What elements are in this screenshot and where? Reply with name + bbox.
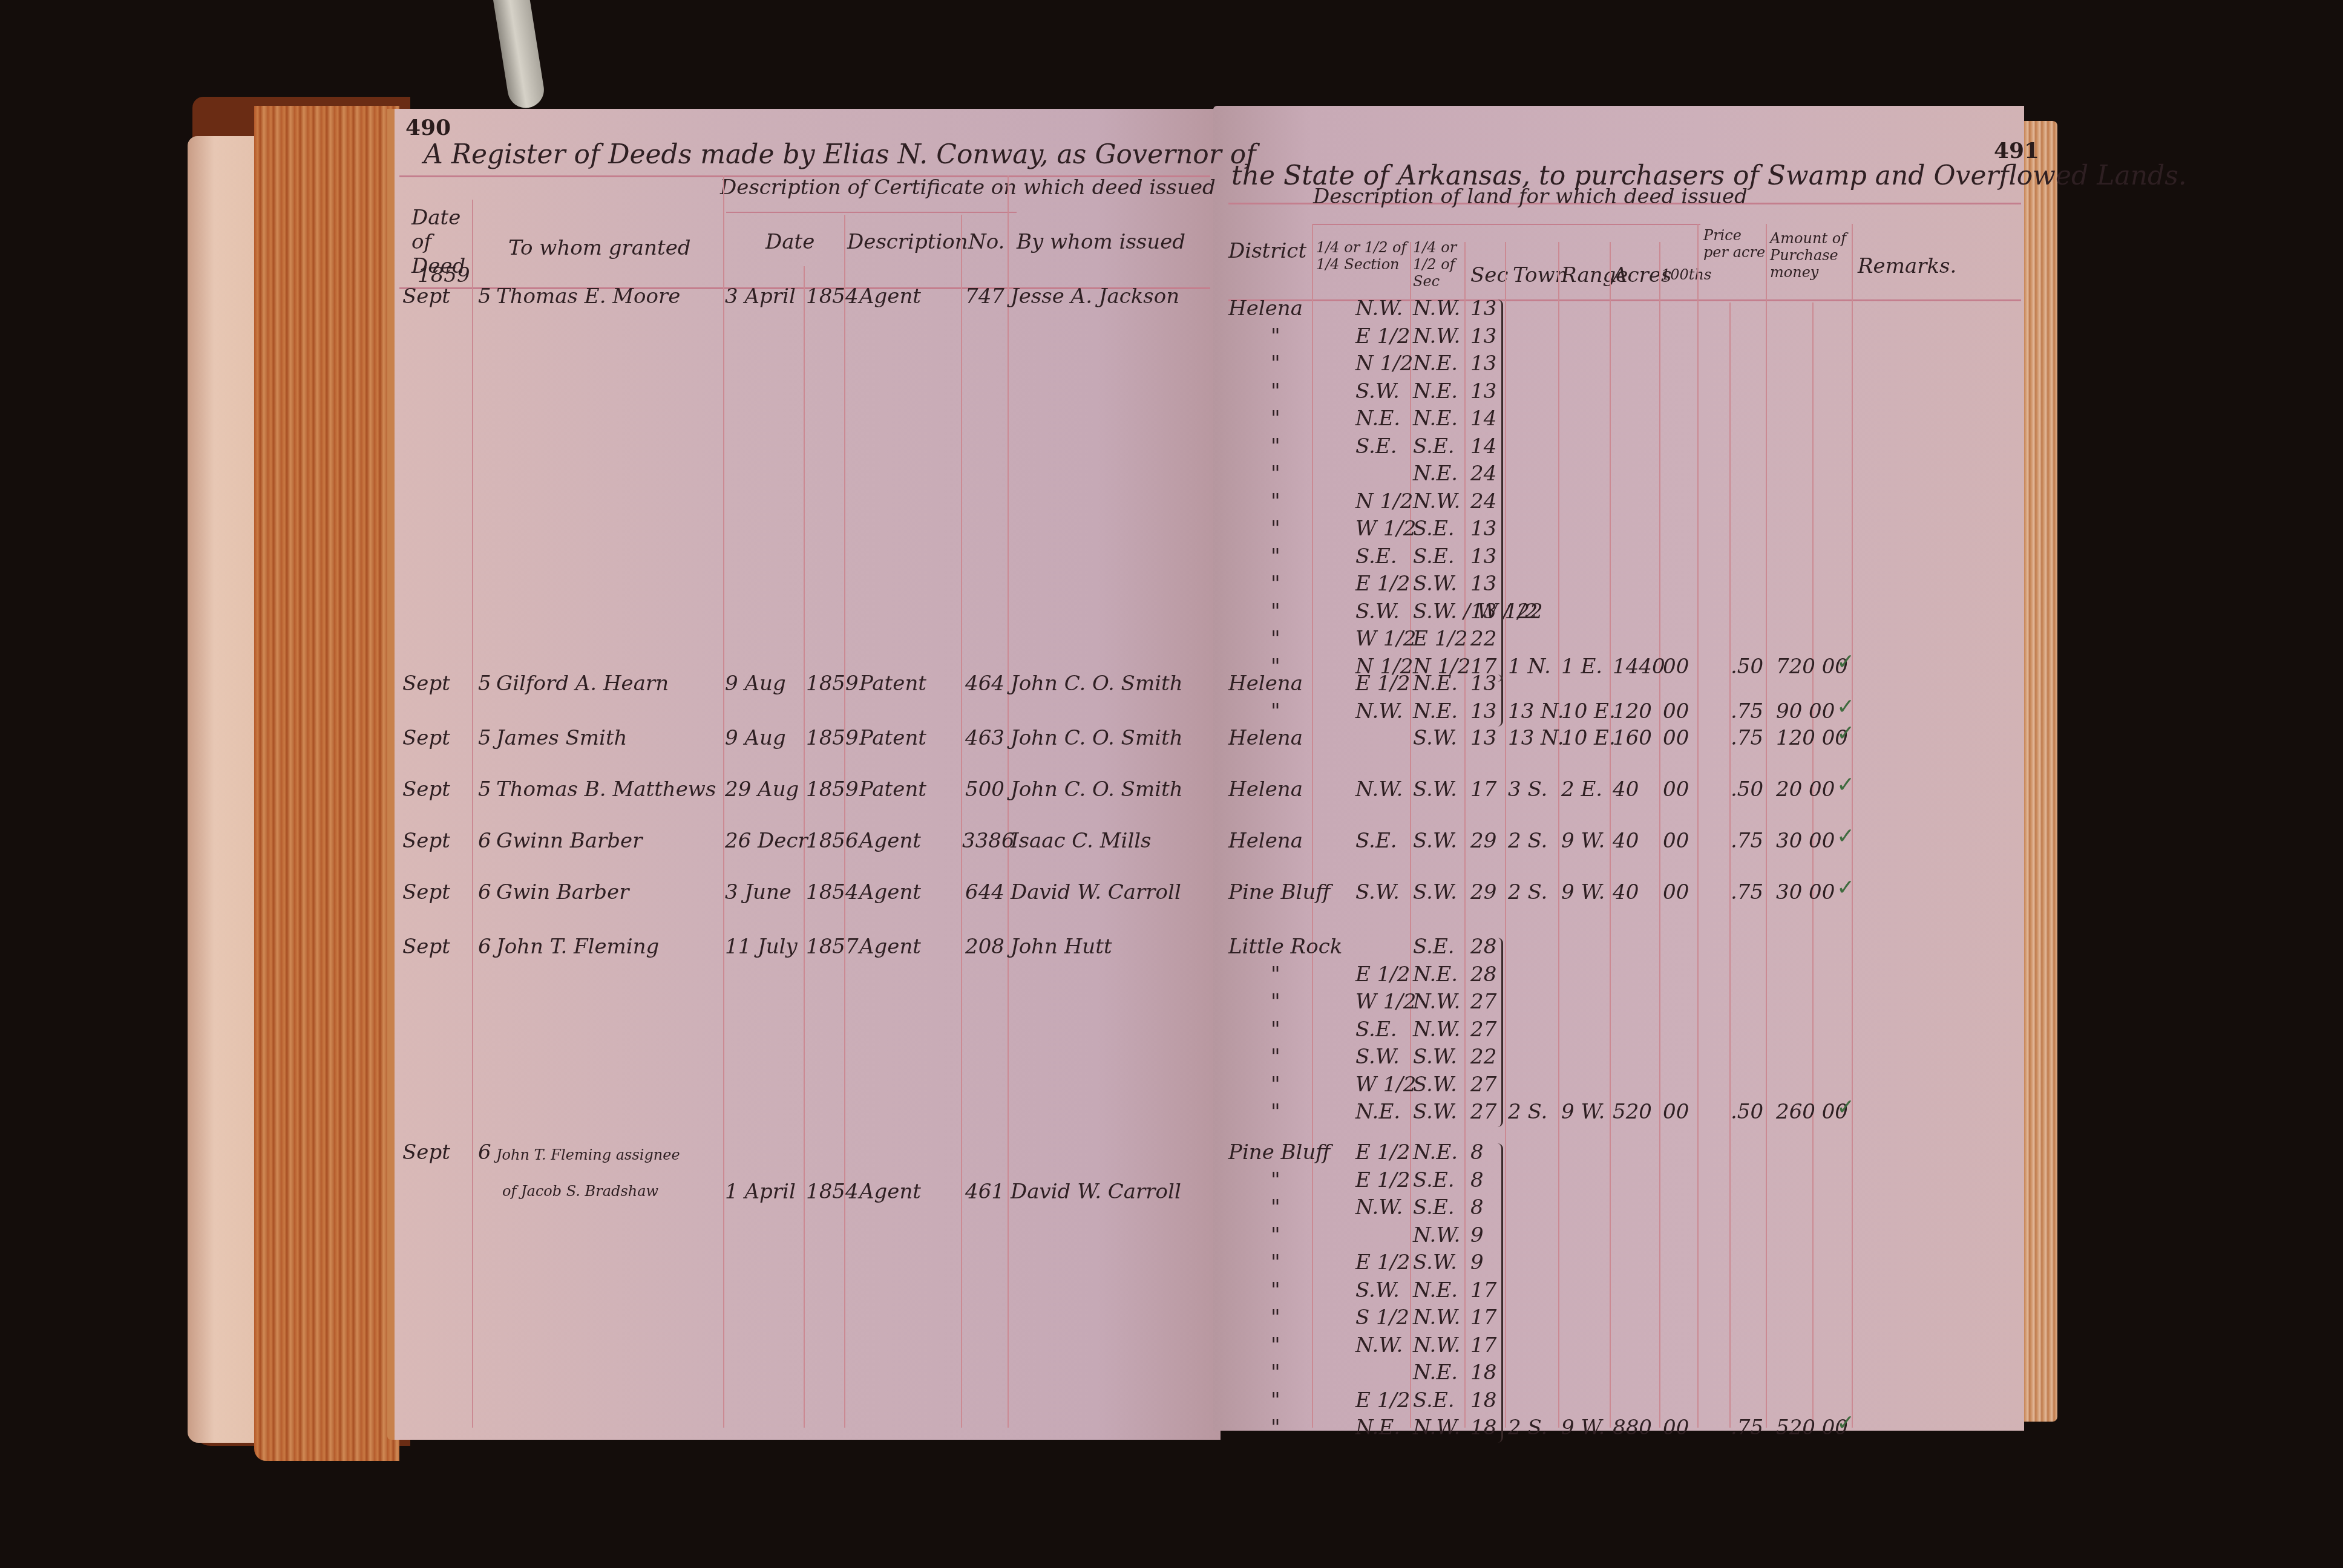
check-icon: ✓: [1837, 824, 1855, 849]
quarter-section: N.W.: [1355, 777, 1403, 802]
acres-hundredths: 00: [1663, 699, 1689, 724]
ditto-mark: ": [1271, 489, 1280, 514]
sec-number: 13: [1470, 379, 1496, 403]
cert-year: 1857: [806, 935, 859, 959]
price-per-acre: .75: [1731, 1416, 1763, 1440]
sec-number: 13: [1470, 726, 1496, 750]
acres-hundredths: 00: [1663, 655, 1689, 679]
quarter-section: E 1/2: [1355, 1388, 1410, 1413]
sec-number: 14: [1470, 407, 1496, 431]
right-page-edge: [2024, 121, 2057, 1422]
district: Pine Bluff: [1228, 880, 1330, 904]
col-rule: [1812, 302, 1814, 1428]
sec-number: 22: [1470, 627, 1496, 651]
grantee: Gwin Barber: [496, 880, 629, 904]
ditto-mark: ": [1271, 544, 1280, 569]
range: 9 W.: [1561, 1416, 1605, 1440]
ditto-mark: ": [1271, 1361, 1280, 1385]
quarter-section: W 1/2: [1355, 517, 1416, 541]
quarter-section: N.W.: [1355, 296, 1403, 321]
price-per-acre: .75: [1731, 829, 1763, 853]
quarter-section: E 1/2: [1355, 324, 1410, 348]
quarter-of-sec: N.E.: [1413, 462, 1458, 486]
district: Helena: [1228, 671, 1303, 696]
district: Helena: [1228, 829, 1303, 853]
ditto-mark: ": [1271, 1250, 1280, 1275]
bookmark-clip: [493, 0, 546, 111]
check-icon: ✓: [1837, 650, 1855, 675]
cert-description: Agent: [859, 880, 921, 904]
ditto-mark: ": [1271, 1388, 1280, 1413]
ditto-mark: ": [1271, 1195, 1280, 1220]
purchase-money: 20 00: [1776, 777, 1835, 802]
col-rule: [1659, 242, 1660, 1428]
issued-by: John C. O. Smith: [1011, 777, 1183, 802]
sec-number: 13: [1470, 572, 1496, 596]
issued-by: David W. Carroll: [1011, 1180, 1181, 1204]
ditto-mark: ": [1271, 1305, 1280, 1330]
quarter-of-sec: S.E.: [1413, 517, 1455, 541]
sec-number: 13: [1470, 324, 1496, 348]
cert-description: Agent: [859, 1180, 921, 1204]
ditto-mark: ": [1271, 572, 1280, 596]
col-rule: [1312, 224, 1313, 1428]
range: 10 E.: [1561, 699, 1616, 724]
ditto-mark: ": [1271, 990, 1280, 1014]
deed-month: Sept: [402, 829, 450, 853]
quarter-of-sec: N.W.: [1413, 489, 1460, 514]
sec-number: 13: [1470, 699, 1496, 724]
deed-day: 6: [478, 1140, 491, 1165]
cert-date: 29 Aug: [725, 777, 799, 802]
bracket: [1498, 938, 1503, 1127]
quarter-section: S.W.: [1355, 379, 1400, 403]
sec-number: 13: [1470, 671, 1496, 696]
col-rule: [1410, 242, 1411, 1428]
sec-number: 18: [1470, 1416, 1496, 1440]
header-rule-right: [1228, 299, 2021, 301]
col-rule: [1610, 242, 1611, 1428]
header-issued-by: By whom issued: [1017, 230, 1185, 254]
ditto-mark: ": [1271, 351, 1280, 376]
quarter-section: W 1/2: [1355, 627, 1416, 651]
sec-number: 13 / 22: [1470, 599, 1543, 624]
header-to-whom-granted: To whom granted: [508, 236, 691, 260]
bracket: [1498, 675, 1503, 727]
grantee-line2: of Jacob S. Bradshaw: [502, 1183, 658, 1200]
purchase-money: 30 00: [1776, 880, 1835, 904]
quarter-section: W 1/2: [1355, 990, 1416, 1014]
header-land-group: Description of land for which deed issue…: [1313, 185, 1748, 209]
deed-day: 5: [478, 777, 491, 802]
quarter-of-sec: N.E.: [1413, 671, 1458, 696]
quarter-of-sec: N.E.: [1413, 1140, 1458, 1165]
township: 3 S.: [1508, 777, 1547, 802]
sec-number: 18: [1470, 1361, 1496, 1385]
check-icon: ✓: [1837, 721, 1855, 746]
col-rule: [1729, 302, 1731, 1428]
quarter-section: N.E.: [1355, 407, 1400, 431]
sec-number: 8: [1470, 1195, 1484, 1220]
district: Helena: [1228, 726, 1303, 750]
acres: 160: [1613, 726, 1652, 750]
cert-date: 26 Decr: [725, 829, 808, 853]
township: 1 N.: [1508, 655, 1551, 679]
cert-no: 500: [965, 777, 1004, 802]
township: 2 S.: [1508, 1416, 1547, 1440]
sec-number: 8: [1470, 1140, 1484, 1165]
grantee: John T. Fleming: [496, 935, 659, 959]
header-description-group: Description of Certificate on which deed…: [720, 175, 1216, 200]
quarter-section: E 1/2: [1355, 962, 1410, 987]
issued-by: Isaac C. Mills: [1011, 829, 1152, 853]
sec-number: 17: [1470, 1333, 1496, 1357]
cert-no: 463: [965, 726, 1004, 750]
deed-month: Sept: [402, 935, 450, 959]
township: 13 N.: [1508, 699, 1564, 724]
header-hundredths: 100ths: [1661, 266, 1711, 283]
price-per-acre: .75: [1731, 880, 1763, 904]
quarter-of-sec: S.E.: [1413, 1195, 1455, 1220]
quarter-section: S.W.: [1355, 1045, 1400, 1069]
acres-hundredths: 00: [1663, 726, 1689, 750]
quarter-section: E 1/2: [1355, 572, 1410, 596]
cert-date: 1 April: [725, 1180, 796, 1204]
acres-hundredths: 00: [1663, 1100, 1689, 1124]
page-stack-edge: [254, 106, 399, 1461]
col-rule: [961, 215, 962, 1428]
cert-date: 3 June: [725, 880, 791, 904]
quarter-section: N.W.: [1355, 699, 1403, 724]
header-cert-date: Date: [765, 230, 814, 254]
sec-number: 17: [1470, 777, 1496, 802]
col-rule: [1464, 242, 1466, 1428]
quarter-of-sec: E 1/2: [1413, 627, 1467, 651]
quarter-section: S.W.: [1355, 1278, 1400, 1302]
cert-date: 9 Aug: [725, 726, 786, 750]
district: Helena: [1228, 777, 1303, 802]
sec-number: 13: [1470, 517, 1496, 541]
quarter-of-sec: S.W.: [1413, 880, 1457, 904]
acres: 120: [1613, 699, 1652, 724]
sec-number: 9: [1470, 1223, 1484, 1247]
cert-description: Agent: [859, 935, 921, 959]
deed-month: Sept: [402, 726, 450, 750]
ditto-mark: ": [1271, 1045, 1280, 1069]
sec-number: 28: [1470, 935, 1496, 959]
cert-year: 1854: [806, 1180, 859, 1204]
purchase-money: 30 00: [1776, 829, 1835, 853]
ditto-mark: ": [1271, 599, 1280, 624]
quarter-of-sec: N.E.: [1413, 1361, 1458, 1385]
quarter-of-sec: N.E.: [1413, 407, 1458, 431]
ditto-mark: ": [1271, 1416, 1280, 1440]
quarter-section: W 1/2: [1355, 1073, 1416, 1097]
quarter-of-sec: N.E.: [1413, 699, 1458, 724]
acres: 40: [1613, 829, 1639, 853]
sec-number: 29: [1470, 880, 1496, 904]
cert-no: 644: [965, 880, 1004, 904]
header-sec: Sec: [1470, 263, 1508, 287]
grantee: Gilford A. Hearn: [496, 671, 669, 696]
ditto-mark: ": [1271, 434, 1280, 459]
quarter-of-sec: S.W.: [1413, 1250, 1457, 1275]
ditto-mark: ": [1271, 699, 1280, 724]
price-per-acre: .75: [1731, 699, 1763, 724]
col-rule: [723, 175, 724, 1428]
township: 2 S.: [1508, 880, 1547, 904]
quarter-of-sec: S.W.: [1413, 1045, 1457, 1069]
sec-number: 28: [1470, 962, 1496, 987]
price-per-acre: .50: [1731, 655, 1763, 679]
page-number-left: 490: [405, 115, 451, 140]
deed-month: Sept: [402, 284, 450, 309]
col-rule: [1558, 242, 1559, 1428]
grantee: Thomas B. Matthews: [496, 777, 716, 802]
quarter-of-sec: N.W.: [1413, 990, 1460, 1014]
quarter-section: E 1/2: [1355, 671, 1410, 696]
issued-by: David W. Carroll: [1011, 880, 1181, 904]
purchase-money: 90 00: [1776, 699, 1835, 724]
acres: 40: [1613, 777, 1639, 802]
quarter-section: S.E.: [1355, 1018, 1397, 1042]
cert-no: 208: [965, 935, 1004, 959]
sec-number: 18: [1470, 1388, 1496, 1413]
col-rule: [1505, 242, 1506, 1428]
sec-number: 13: [1470, 544, 1496, 569]
quarter-of-sec: S.W.: [1413, 1073, 1457, 1097]
quarter-section: S.W.: [1355, 599, 1400, 624]
quarter-section: S.E.: [1355, 544, 1397, 569]
quarter-of-sec: N.W.: [1413, 1018, 1460, 1042]
acres: 880: [1613, 1416, 1652, 1440]
check-icon: ✓: [1837, 1411, 1855, 1436]
district: Helena: [1228, 296, 1303, 321]
acres: 40: [1613, 880, 1639, 904]
ditto-mark: ": [1271, 1100, 1280, 1124]
header-quarter-of-sec: 1/4 or 1/2 of Sec: [1413, 239, 1461, 290]
issued-by: John Hutt: [1011, 935, 1112, 959]
quarter-section: E 1/2: [1355, 1250, 1410, 1275]
sec-number: 27: [1470, 1073, 1496, 1097]
deed-month: Sept: [402, 671, 450, 696]
header-town: Town: [1513, 263, 1568, 287]
deed-day: 5: [478, 671, 491, 696]
quarter-section: N.W.: [1355, 1333, 1403, 1357]
range: 1 E.: [1561, 655, 1602, 679]
sec-number: 13: [1470, 296, 1496, 321]
sec-number: 14: [1470, 434, 1496, 459]
quarter-of-sec: N.E.: [1413, 962, 1458, 987]
sec-number: 17: [1470, 1278, 1496, 1302]
range: 2 E.: [1561, 777, 1602, 802]
quarter-of-sec: N.W.: [1413, 296, 1460, 321]
quarter-of-sec: N.E.: [1413, 379, 1458, 403]
quarter-section: E 1/2: [1355, 1140, 1410, 1165]
quarter-of-sec: N.W.: [1413, 1416, 1460, 1440]
cert-year: 1854: [806, 880, 859, 904]
quarter-of-sec: S.E.: [1413, 434, 1455, 459]
quarter-of-sec: S.E.: [1413, 1168, 1455, 1192]
acres-hundredths: 00: [1663, 777, 1689, 802]
quarter-of-sec: S.W.: [1413, 1100, 1457, 1124]
ditto-mark: ": [1271, 1018, 1280, 1042]
col-rule: [1766, 224, 1767, 1428]
quarter-of-sec: S.E.: [1413, 935, 1455, 959]
quarter-of-sec: N.W.: [1413, 1305, 1460, 1330]
group-rule-right: [1313, 224, 1700, 225]
cert-description: Patent: [859, 777, 926, 802]
ditto-mark: ": [1271, 627, 1280, 651]
cert-date: 9 Aug: [725, 671, 786, 696]
township: 2 S.: [1508, 1100, 1547, 1124]
col-rule: [472, 200, 473, 1428]
range: 9 W.: [1561, 880, 1605, 904]
cert-description: Agent: [859, 829, 921, 853]
bracket: [1498, 299, 1503, 682]
price-per-acre: .50: [1731, 777, 1763, 802]
col-rule: [844, 215, 845, 1428]
check-icon: ✓: [1837, 773, 1855, 797]
quarter-section: S.E.: [1355, 434, 1397, 459]
ditto-mark: ": [1271, 1223, 1280, 1247]
ditto-mark: ": [1271, 1278, 1280, 1302]
acres-hundredths: 00: [1663, 1416, 1689, 1440]
ditto-mark: ": [1271, 1333, 1280, 1357]
quarter-section: N.E.: [1355, 1416, 1400, 1440]
header-cert-description: Description: [847, 230, 968, 254]
deed-month: Sept: [402, 1140, 450, 1165]
quarter-section: N 1/2: [1355, 489, 1413, 514]
acres-hundredths: 00: [1663, 880, 1689, 904]
acres: 1440: [1613, 655, 1665, 679]
ditto-mark: ": [1271, 962, 1280, 987]
check-icon: ✓: [1837, 875, 1855, 900]
price-per-acre: .50: [1731, 1100, 1763, 1124]
range: 9 W.: [1561, 1100, 1605, 1124]
deed-month: Sept: [402, 880, 450, 904]
right-page: [1213, 106, 2024, 1431]
cert-year: 1859: [806, 777, 859, 802]
fore-edge: [188, 136, 254, 1443]
ditto-mark: ": [1271, 517, 1280, 541]
page-number-right: 491: [1994, 138, 2039, 163]
quarter-of-sec: N.W.: [1413, 1333, 1460, 1357]
cert-description: Agent: [859, 284, 921, 309]
sec-number: 9: [1470, 1250, 1484, 1275]
cert-year: 1854: [806, 284, 859, 309]
cert-date: 11 July: [725, 935, 798, 959]
quarter-of-sec: N.W.: [1413, 324, 1460, 348]
grantee: Gwinn Barber: [496, 829, 642, 853]
range: 10 E.: [1561, 726, 1616, 750]
cert-year: 1859: [806, 671, 859, 696]
quarter-section: E 1/2: [1355, 1168, 1410, 1192]
range: 9 W.: [1561, 829, 1605, 853]
deed-day: 6: [478, 880, 491, 904]
header-purchase-money: Amount of Purchase money: [1770, 230, 1855, 281]
deed-month: Sept: [402, 777, 450, 802]
cert-no: 461: [965, 1180, 1004, 1204]
sec-number: 24: [1470, 489, 1496, 514]
sec-number: 29: [1470, 829, 1496, 853]
quarter-of-sec: N.W.: [1413, 1223, 1460, 1247]
issued-by: John C. O. Smith: [1011, 726, 1183, 750]
acres: 520: [1613, 1100, 1652, 1124]
cert-description: Patent: [859, 671, 926, 696]
header-remarks: Remarks.: [1858, 254, 1956, 278]
cert-no: 747: [965, 284, 1004, 309]
header-cert-no: No.: [968, 230, 1004, 254]
cert-no: 3386: [962, 829, 1015, 853]
township: 2 S.: [1508, 829, 1547, 853]
header-price-per-acre: Price per acre: [1703, 227, 1770, 261]
sec-number: 27: [1470, 1018, 1496, 1042]
quarter-section: S.E.: [1355, 829, 1397, 853]
ditto-mark: ": [1271, 324, 1280, 348]
price-per-acre: .75: [1731, 726, 1763, 750]
cert-description: Patent: [859, 726, 926, 750]
header-year: 1859: [418, 263, 470, 287]
quarter-section: S 1/2: [1355, 1305, 1409, 1330]
sec-number: 17: [1470, 1305, 1496, 1330]
cert-no: 464: [965, 671, 1004, 696]
grantee: John T. Fleming assignee: [496, 1146, 680, 1163]
quarter-of-sec: S.W.: [1413, 572, 1457, 596]
acres-hundredths: 00: [1663, 829, 1689, 853]
deed-day: 5: [478, 726, 491, 750]
deed-day: 6: [478, 829, 491, 853]
quarter-of-sec: S.E.: [1413, 1388, 1455, 1413]
ditto-mark: ": [1271, 1073, 1280, 1097]
sec-number: 24: [1470, 462, 1496, 486]
check-icon: ✓: [1837, 1095, 1855, 1120]
register-title-left: A Register of Deeds made by Elias N. Con…: [424, 139, 1256, 170]
check-icon: ✓: [1837, 694, 1855, 719]
sec-number: 27: [1470, 1100, 1496, 1124]
grantee: Thomas E. Moore: [496, 284, 680, 309]
quarter-of-sec: S.W.: [1413, 829, 1457, 853]
township: 13 N.: [1508, 726, 1564, 750]
group-rule-left: [726, 212, 1017, 213]
col-rule: [1008, 175, 1009, 1428]
quarter-of-sec: S.W.: [1413, 777, 1457, 802]
quarter-section: N 1/2: [1355, 351, 1413, 376]
deed-day: 6: [478, 935, 491, 959]
quarter-of-sec: S.W.: [1413, 726, 1457, 750]
quarter-section: N.E.: [1355, 1100, 1400, 1124]
issued-by: John C. O. Smith: [1011, 671, 1183, 696]
quarter-section: S.W.: [1355, 880, 1400, 904]
header-quarter-section: 1/4 or 1/2 of 1/4 Section: [1316, 239, 1407, 273]
quarter-of-sec: N.E.: [1413, 1278, 1458, 1302]
ditto-mark: ": [1271, 379, 1280, 403]
sec-number: 27: [1470, 990, 1496, 1014]
sec-number: 8: [1470, 1168, 1484, 1192]
cert-date: 3 April: [725, 284, 796, 309]
deed-day: 5: [478, 284, 491, 309]
issued-by: Jesse A. Jackson: [1011, 284, 1179, 309]
bracket: [1498, 1143, 1503, 1443]
quarter-of-sec: S.E.: [1413, 544, 1455, 569]
ditto-mark: ": [1271, 1168, 1280, 1192]
district: Little Rock: [1228, 935, 1342, 959]
cert-year: 1856: [806, 829, 859, 853]
ditto-mark: ": [1271, 407, 1280, 431]
cert-year: 1859: [806, 726, 859, 750]
sec-number: 22: [1470, 1045, 1496, 1069]
quarter-of-sec: N.E.: [1413, 351, 1458, 376]
